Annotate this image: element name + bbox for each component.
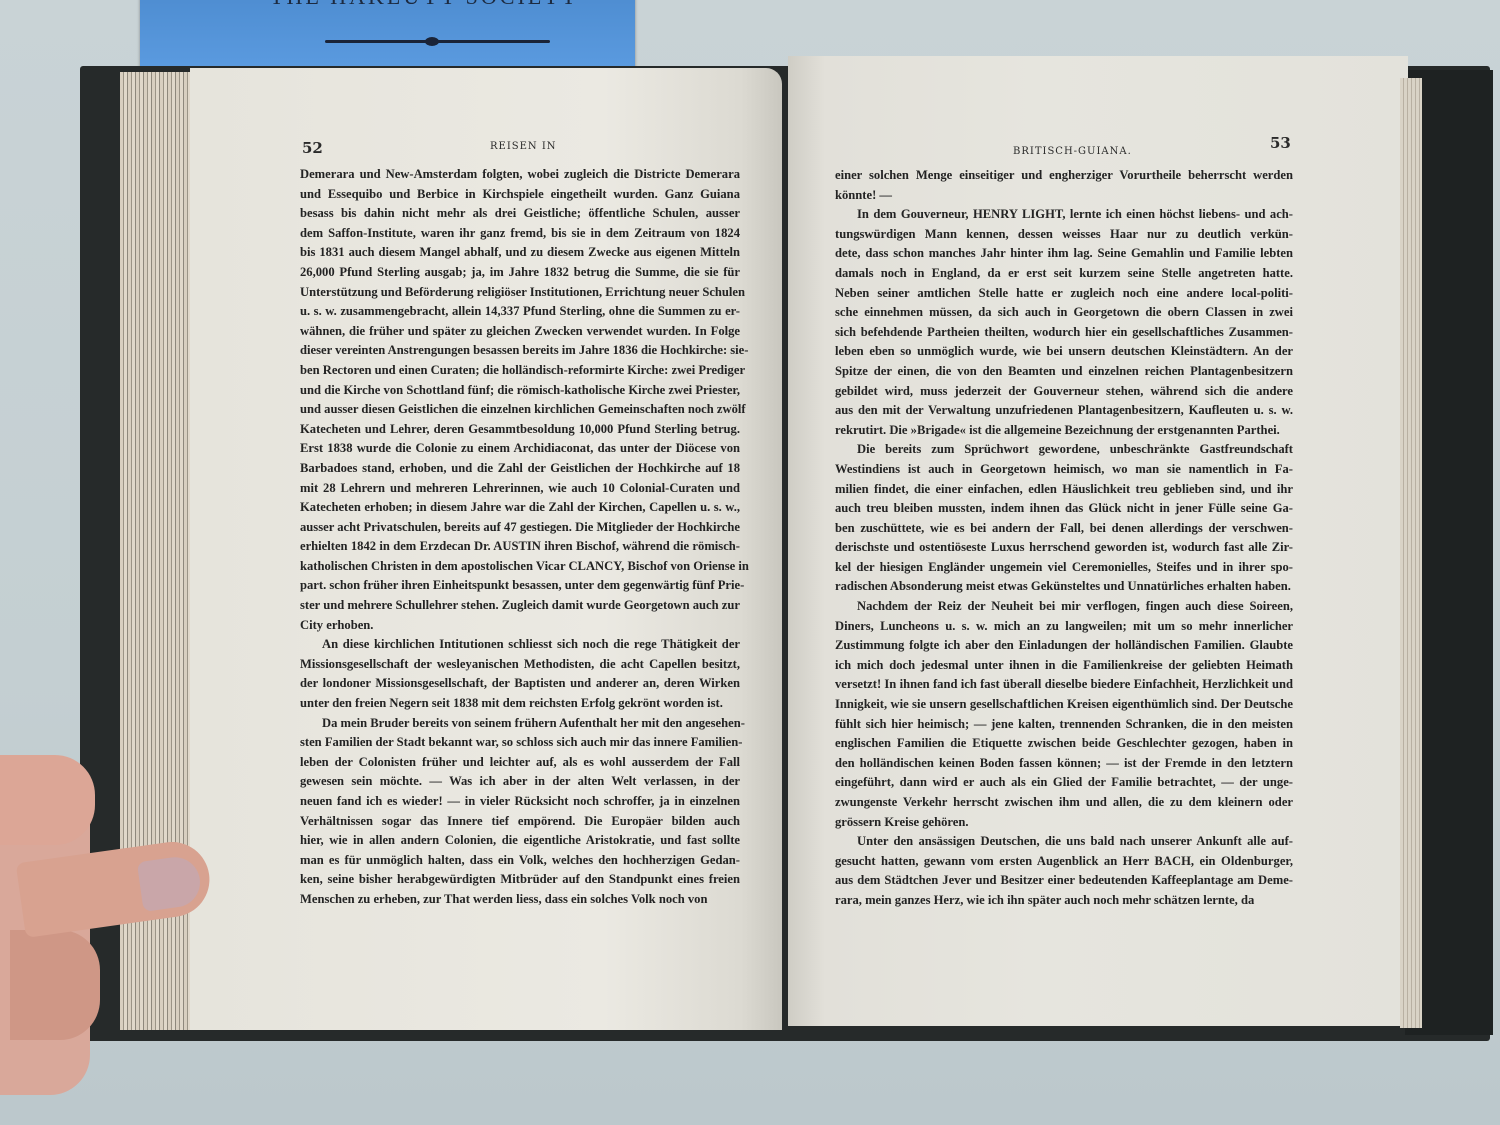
text-line: man es für unmöglich halten, dass ein Vo… <box>300 851 740 871</box>
background-book-hakluyt-society: THE HAKLUYT SOCIETY <box>140 0 635 72</box>
index-finger <box>0 755 95 845</box>
text-line: part. schon früher ihren Einheitspunkt b… <box>300 576 740 596</box>
hand-holding-book <box>0 755 210 1055</box>
text-line: einer solchen Menge einseitiger und engh… <box>835 166 1293 186</box>
left-running-head: REISEN IN <box>490 141 557 152</box>
text-line: erhielten 1842 in dem Erzdecan Dr. AUSTI… <box>300 537 740 557</box>
text-line: und ausser diesen Geistlichen die einzel… <box>300 400 740 420</box>
page-stack-right <box>1400 78 1422 1028</box>
text-line: rekrutirt. Die »Brigade« ist die allgeme… <box>835 421 1293 441</box>
text-line: Die bereits zum Sprüchwort gewordene, un… <box>835 440 1293 460</box>
text-line: wähnen, die früher und später zu gleiche… <box>300 322 740 342</box>
text-line: leben der Colonisten früher und leichter… <box>300 753 740 773</box>
text-line: tungswürdigen Mann kennen, dessen weisse… <box>835 225 1293 245</box>
right-page-body: einer solchen Menge einseitiger und engh… <box>835 166 1293 911</box>
text-line: aus den mit der Verwaltung unzufriedenen… <box>835 401 1293 421</box>
text-line: damals noch in England, da er erst seit … <box>835 264 1293 284</box>
text-line: besass bis dahin nicht mehr als drei Gei… <box>300 204 740 224</box>
text-line: und Essequibo und Berbice in Kirchspiele… <box>300 185 740 205</box>
text-line: City erhoben. <box>300 616 740 636</box>
text-line: grössern Kreise gehören. <box>835 813 1293 833</box>
text-line: Unter den ansässigen Deutschen, die uns … <box>835 832 1293 852</box>
text-line: den holländischen keinen Boden fassen kö… <box>835 754 1293 774</box>
text-line: auch treu bleiben mussten, indem ihnen d… <box>835 499 1293 519</box>
text-line: hier, wie in allen andern Colonien, die … <box>300 831 740 851</box>
text-line: gebildet wird, muss jederzeit der Gouver… <box>835 382 1293 402</box>
text-line: An diese kirchlichen Intitutionen schlie… <box>300 635 740 655</box>
text-line: Katecheten und Lehrer, deren Gesammtbeso… <box>300 420 740 440</box>
text-line: radischen Absonderung meist etwas Geküns… <box>835 577 1293 597</box>
right-page-number: 53 <box>1270 134 1291 152</box>
background-book-title: THE HAKLUYT SOCIETY <box>270 0 580 10</box>
text-line: der londoner Missionsgesellschaft, der B… <box>300 674 740 694</box>
text-line: ken, seine bisher herabgewürdigten Mitbr… <box>300 870 740 890</box>
text-line: Da mein Bruder bereits von seinem früher… <box>300 714 740 734</box>
text-line: könnte! — <box>835 186 1293 206</box>
text-line: leben eben so unmöglich wurde, wie bei u… <box>835 342 1293 362</box>
ornament-rule <box>325 40 550 43</box>
text-line: gewesen sein möchte. — Was ich aber in d… <box>300 772 740 792</box>
text-line: Menschen zu erheben, zur That werden lie… <box>300 890 740 910</box>
text-line: 26,000 Pfund Sterling ausgab; ja, im Jah… <box>300 263 740 283</box>
text-line: Demerara und New-Amsterdam folgten, wobe… <box>300 165 740 185</box>
text-line: Missionsgesellschaft der wesleyanischen … <box>300 655 740 675</box>
right-running-head: BRITISCH-GUIANA. <box>1013 146 1132 157</box>
text-line: fühlt sich hier heimisch; — jene kalten,… <box>835 715 1293 735</box>
text-line: unter den freien Negern seit 1838 mit de… <box>300 694 740 714</box>
text-line: Zustimmung folgte ich aber den Einladung… <box>835 636 1293 656</box>
text-line: ben zuschüttete, wie es bei andern der F… <box>835 519 1293 539</box>
text-line: dete, dass schon manches Jahr hinter ihm… <box>835 244 1293 264</box>
text-line: ich mich doch jedesmal unter ihnen in di… <box>835 656 1293 676</box>
text-line: milien findet, die einer einfachen, edle… <box>835 480 1293 500</box>
text-line: rara, mein ganzes Herz, wie ich ihn spät… <box>835 891 1293 911</box>
text-line: aus dem Städtchen Jever und Besitzer ein… <box>835 871 1293 891</box>
text-line: Innigkeit, wie sie unsern gesellschaftli… <box>835 695 1293 715</box>
text-line: katholischen Christen in dem apostolisch… <box>300 557 740 577</box>
text-line: ster und mehrere Schullehrer stehen. Zug… <box>300 596 740 616</box>
text-line: Barbadoes stand, erhoben, und die Zahl d… <box>300 459 740 479</box>
text-line: mit 28 Lehrern und mehreren Lehrerinnen,… <box>300 479 740 499</box>
text-line: englischen Familien die Etiquette zwisch… <box>835 734 1293 754</box>
text-line: Neben seiner amtlichen Stelle hatte er z… <box>835 284 1293 304</box>
text-line: sich befehdende Partheien theilten, wodu… <box>835 323 1293 343</box>
text-line: versetzt! In ihnen fand ich fast überall… <box>835 675 1293 695</box>
text-line: eingeführt, dann wird er auch als ein Gl… <box>835 773 1293 793</box>
text-line: sche einnehmen müssen, da sich auch in G… <box>835 303 1293 323</box>
text-line: Diners, Luncheons u. s. w. mich an zu la… <box>835 617 1293 637</box>
text-line: kel der hiesigen Engländer ungemein viel… <box>835 558 1293 578</box>
text-line: Katecheten erhoben; in diesem Jahre war … <box>300 498 740 518</box>
text-line: bis 1831 auch diesem Mangel abhalf, und … <box>300 243 740 263</box>
text-line: neuen fand ich es wieder! — in vieler Rü… <box>300 792 740 812</box>
text-line: Unterstützung und Beförderung religiöser… <box>300 283 740 303</box>
lower-finger <box>10 930 100 1040</box>
text-line: dieser vereinten Anstrengungen besassen … <box>300 341 740 361</box>
text-line: Verhältnissen sogar das Innere tief empö… <box>300 812 740 832</box>
text-line: derischste und ostentiöseste Luxus herrs… <box>835 538 1293 558</box>
text-line: u. s. w. zusammengebracht, allein 14,337… <box>300 302 740 322</box>
text-line: Westindiens ist auch in Georgetown heimi… <box>835 460 1293 480</box>
left-page-body: Demerara und New-Amsterdam folgten, wobe… <box>300 165 740 910</box>
text-line: In dem Gouverneur, HENRY LIGHT, lernte i… <box>835 205 1293 225</box>
text-line: und die Kirche von Schottland fünf; die … <box>300 381 740 401</box>
text-line: Spitze der einen, die von den Beamten un… <box>835 362 1293 382</box>
text-line: Erst 1838 wurde die Colonie zu einem Arc… <box>300 439 740 459</box>
text-line: zwungenste Verkehr herrscht zwischen ihm… <box>835 793 1293 813</box>
text-line: ausser acht Privatschulen, bereits auf 4… <box>300 518 740 538</box>
text-line: sten Familien der Stadt bekannt war, so … <box>300 733 740 753</box>
text-line: Nachdem der Reiz der Neuheit bei mir ver… <box>835 597 1293 617</box>
text-line: gesucht hatten, gewann vom ersten Augenb… <box>835 852 1293 872</box>
text-line: ben Rectoren und einen Curaten; die holl… <box>300 361 740 381</box>
left-page-number: 52 <box>302 139 323 157</box>
text-line: dem Saffon-Institute, waren ihr ganz fre… <box>300 224 740 244</box>
